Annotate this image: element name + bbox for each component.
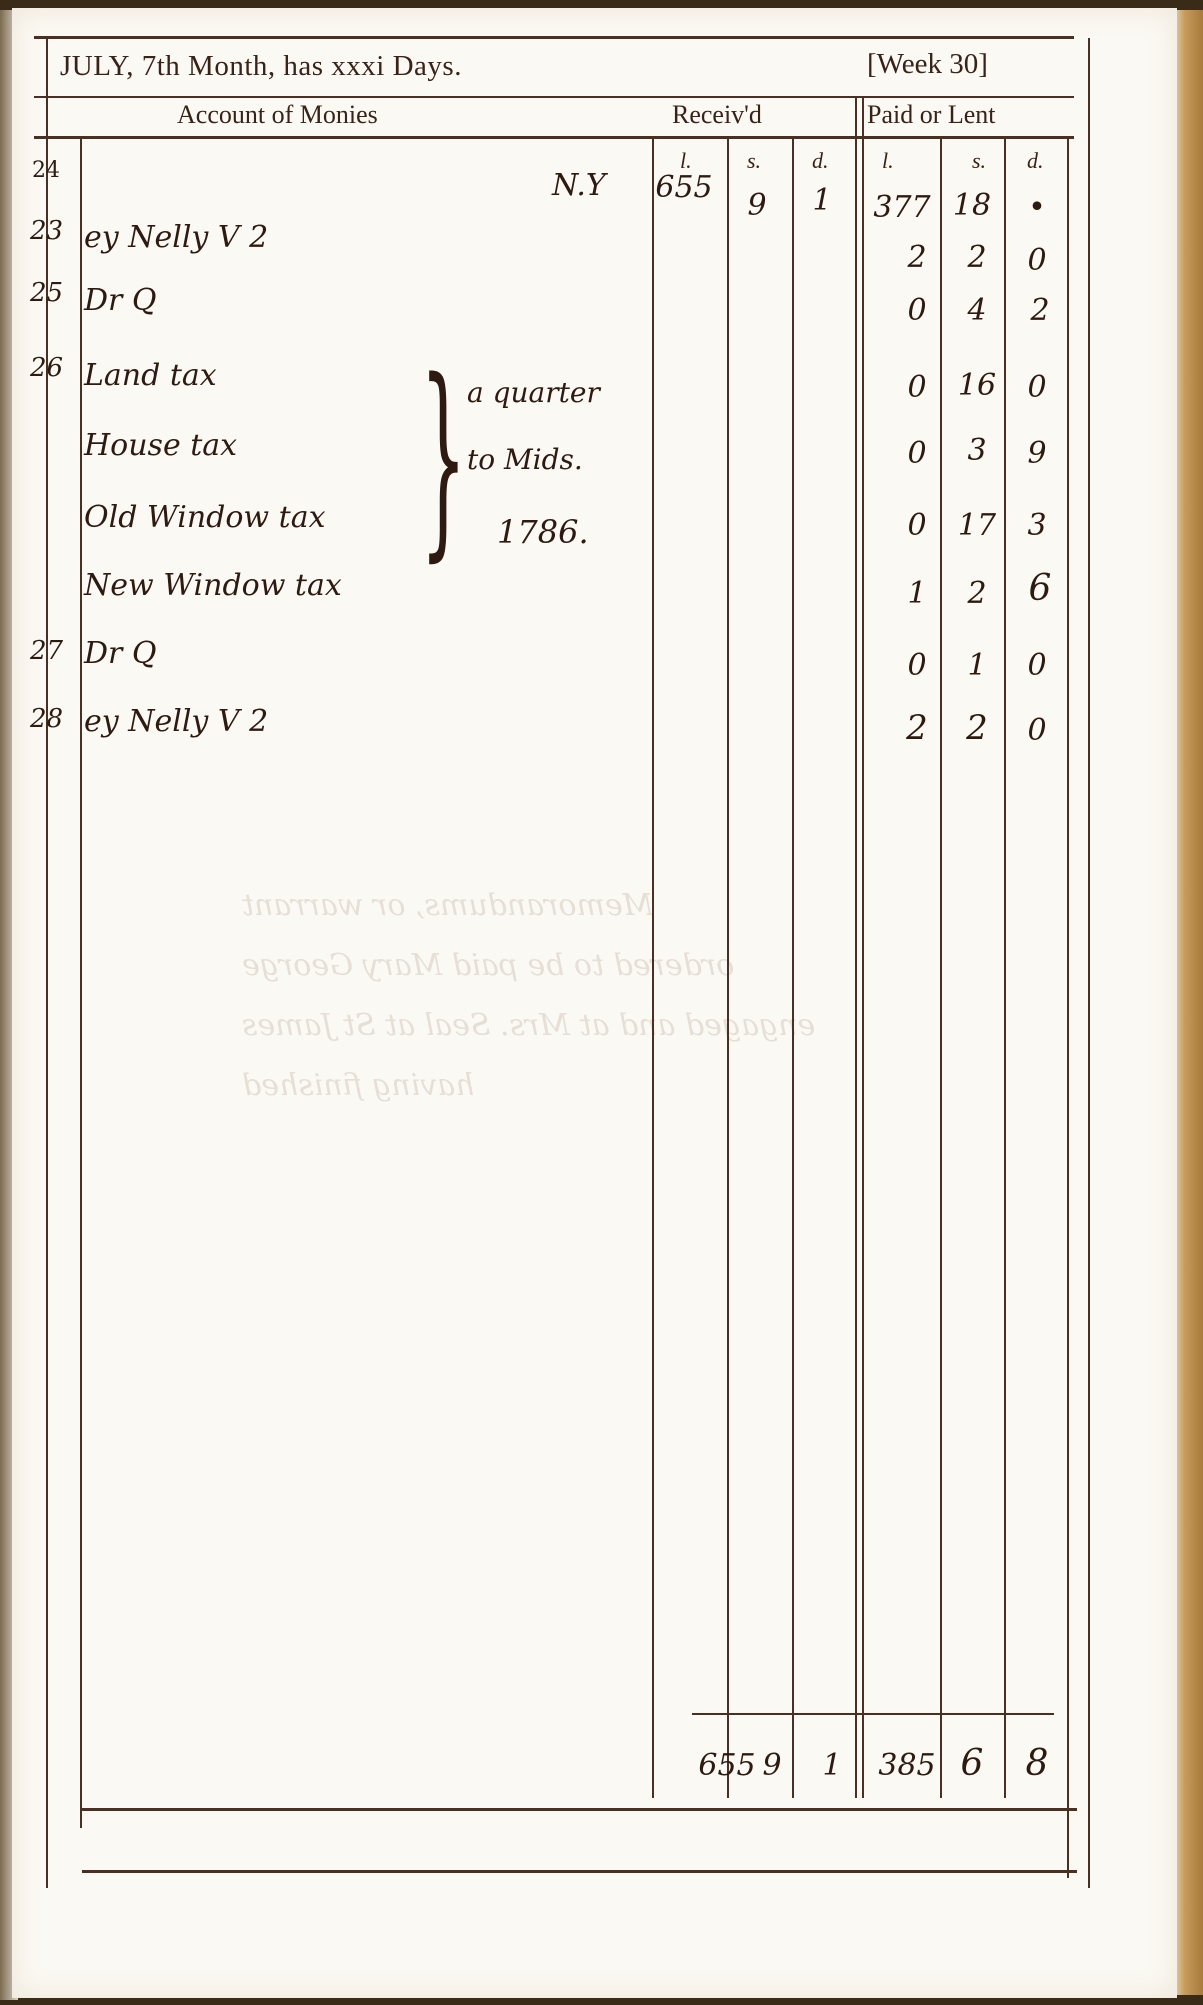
total-paid-d: 8 [1012, 1743, 1062, 1784]
paid-d: • [1012, 190, 1062, 225]
paid-l: 1 [892, 576, 942, 611]
paid-s: 16 [952, 368, 1002, 403]
received-l-rule [652, 138, 654, 1798]
paid-divider-rule [855, 98, 857, 1798]
brace-icon: } [420, 353, 467, 563]
entry-text: ey Nelly V 2 [84, 704, 268, 739]
paid-s: 4 [952, 293, 1002, 328]
total-received-s: 9 [747, 1748, 797, 1783]
received-l: 655 [644, 170, 724, 205]
day-number: 28 [30, 704, 63, 734]
total-received-d: 1 [807, 1748, 857, 1783]
unit-label: l. [882, 148, 894, 174]
paid-l: 377 [862, 190, 942, 225]
day-column-rule [80, 138, 82, 1828]
title-rule [34, 96, 1074, 98]
paid-s: 2 [952, 240, 1002, 275]
total-paid-s: 6 [947, 1743, 997, 1784]
received-note: N.Y [552, 168, 606, 203]
unit-label: d. [812, 148, 829, 174]
paid-l: 2 [892, 240, 942, 275]
paid-l: 0 [892, 436, 942, 471]
page-title: JULY, 7th Month, has xxxi Days. [60, 50, 462, 83]
paid-s: 1 [952, 648, 1002, 683]
day-number: 26 [30, 353, 63, 383]
paid-d: 6 [1015, 568, 1065, 609]
paid-s: 17 [952, 508, 1002, 543]
header-rule [34, 136, 1074, 139]
paid-divider-rule-2 [862, 98, 864, 1798]
ledger-page: Memorandums, or warrant ordered to be pa… [12, 8, 1177, 1998]
right-rule [1067, 138, 1069, 1878]
bracket-note-line: a quarter [467, 376, 600, 409]
paid-s: 18 [947, 188, 997, 223]
bottom-rule [82, 1808, 1077, 1811]
account-of-monies-heading: Account of Monies [177, 100, 378, 130]
paid-heading: Paid or Lent [867, 100, 996, 130]
day-number: 24 [32, 158, 60, 183]
entry-text: House tax [84, 428, 237, 463]
received-s: 9 [732, 188, 782, 223]
paid-d: 9 [1012, 436, 1062, 471]
week-label: [Week 30] [867, 48, 988, 81]
paid-s: 2 [952, 708, 1002, 748]
received-s-rule [727, 138, 729, 1798]
total-paid-l: 385 [872, 1748, 942, 1783]
paid-l: 0 [892, 293, 942, 328]
paid-d: 2 [1015, 293, 1065, 328]
bracket-note-line: 1786. [497, 513, 589, 551]
entry-text: ey Nelly V 2 [84, 220, 268, 255]
day-number: 23 [30, 216, 63, 246]
totals-rule [692, 1713, 1054, 1715]
paid-d: 0 [1012, 243, 1062, 278]
received-heading: Receiv'd [672, 100, 762, 130]
bottom-rule-2 [82, 1870, 1077, 1873]
paid-s: 2 [952, 576, 1002, 611]
paid-l: 2 [892, 708, 942, 748]
top-rule [34, 36, 1074, 39]
paid-d: 0 [1012, 648, 1062, 683]
day-number: 27 [30, 636, 63, 666]
unit-label: d. [1027, 148, 1044, 174]
received-d: 1 [797, 183, 847, 218]
paid-d: 0 [1012, 370, 1062, 405]
unit-label: s. [747, 148, 761, 174]
paid-l: 0 [892, 370, 942, 405]
paid-d-rule [1004, 138, 1006, 1798]
day-number: 25 [30, 278, 63, 308]
paid-l: 0 [892, 648, 942, 683]
paid-s: 3 [952, 433, 1002, 468]
paid-d: 0 [1012, 713, 1062, 748]
entry-text: Dr Q [84, 636, 157, 671]
entry-text: Old Window tax [84, 500, 326, 535]
bracket-note-line: to Mids. [467, 443, 583, 476]
unit-label: s. [972, 148, 986, 174]
book-right-edge [1173, 10, 1203, 1995]
paid-d: 3 [1012, 508, 1062, 543]
paid-l: 0 [892, 508, 942, 543]
entry-text: Dr Q [84, 283, 157, 318]
entry-text: Land tax [84, 358, 217, 393]
received-d-rule [792, 138, 794, 1798]
entry-text: New Window tax [84, 568, 342, 603]
